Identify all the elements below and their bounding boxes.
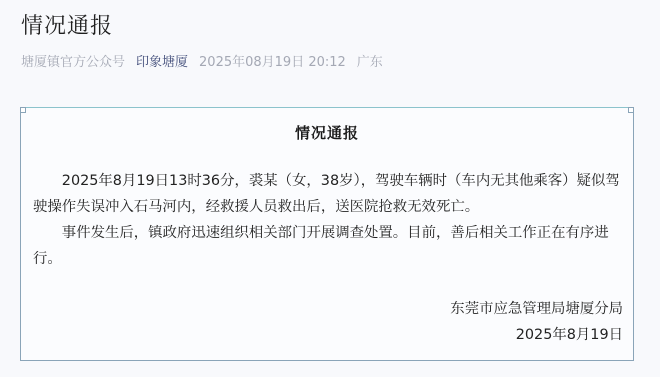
issue-date: 2025年8月19日	[450, 322, 623, 348]
article-meta: 塘厦镇官方公众号 印象塘厦 2025年08月19日 20:12 广东	[21, 51, 383, 70]
issuer: 东莞市应急管理局塘厦分局	[450, 296, 623, 322]
notice-image: 情况通报 2025年8月19日13时36分，裘某（女，38岁），驾驶车辆时（车内…	[20, 107, 634, 361]
notice-paragraph: 2025年8月19日13时36分，裘某（女，38岁），驾驶车辆时（车内无其他乘客…	[33, 168, 621, 220]
account-name: 塘厦镇官方公众号	[21, 51, 125, 70]
publish-location: 广东	[357, 51, 383, 70]
notice-paragraph: 事件发生后，镇政府迅速组织相关部门开展调查处置。目前，善后相关工作正在有序进行。	[33, 220, 621, 272]
notice-title: 情况通报	[21, 122, 633, 143]
notice-body: 2025年8月19日13时36分，裘某（女，38岁），驾驶车辆时（车内无其他乘客…	[33, 168, 621, 272]
author-link[interactable]: 印象塘厦	[136, 51, 188, 70]
publish-datetime: 2025年08月19日 20:12	[199, 51, 346, 70]
article-title: 情况通报	[21, 9, 113, 40]
corner-handle-icon	[20, 107, 26, 113]
corner-handle-icon	[628, 107, 634, 113]
notice-signature: 东莞市应急管理局塘厦分局 2025年8月19日	[450, 296, 623, 348]
